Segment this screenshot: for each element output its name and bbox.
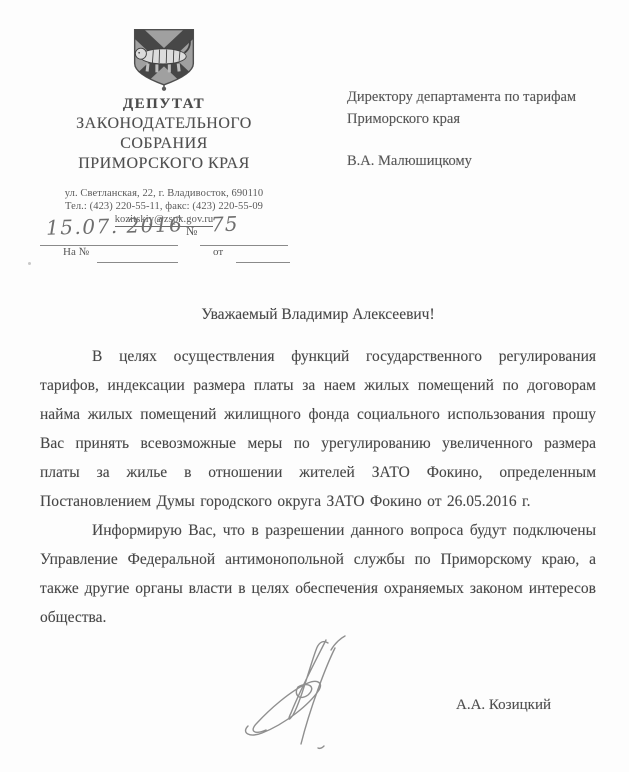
recipient-position-line1: Директору департамента по тарифам xyxy=(347,86,609,108)
salutation: Уважаемый Владимир Алексеевич! xyxy=(40,306,596,324)
letter-page: ДЕПУТАТ ЗАКОНОДАТЕЛЬНОГО СОБРАНИЯ ПРИМОР… xyxy=(0,0,629,772)
date-underline xyxy=(40,245,178,246)
recipient-position-line2: Приморского края xyxy=(347,108,609,130)
reply-number-underline xyxy=(97,262,178,263)
recipient-name: В.А. Малюшицкому xyxy=(347,150,609,172)
scan-speck xyxy=(363,583,366,586)
scan-speck xyxy=(28,262,31,265)
letter-body: Уважаемый Владимир Алексеевич! В целях о… xyxy=(40,306,596,632)
letterhead: ДЕПУТАТ ЗАКОНОДАТЕЛЬНОГО СОБРАНИЯ ПРИМОР… xyxy=(26,27,302,227)
letterhead-address: ул. Светланская, 22, г. Владивосток, 690… xyxy=(26,187,302,200)
recipient-block: Директору департамента по тарифам Примор… xyxy=(347,86,609,172)
reply-from-label: от xyxy=(213,246,223,258)
letterhead-title-deputy: ДЕПУТАТ xyxy=(26,94,302,114)
handwritten-date: 15.07. 2016 xyxy=(46,212,184,240)
body-paragraph-2: Информирую Вас, что в разрешении данного… xyxy=(40,516,596,632)
handwritten-number: 75 xyxy=(211,212,239,237)
letterhead-title-region: ПРИМОРСКОГО КРАЯ xyxy=(26,154,302,174)
reply-date-underline xyxy=(236,262,290,263)
signer-name: А.А. Козицкий xyxy=(456,697,551,714)
letterhead-title-legislative: ЗАКОНОДАТЕЛЬНОГО xyxy=(26,114,302,134)
primorsky-krai-coat-of-arms-icon xyxy=(124,27,204,91)
letterhead-title-assembly: СОБРАНИЯ xyxy=(26,134,302,154)
reply-to-label: На № xyxy=(63,246,89,258)
body-paragraph-1: В целях осуществления функций государств… xyxy=(40,342,596,516)
number-sign-label: № xyxy=(186,224,197,239)
reference-block: 15.07. 2016 № 75 На № от xyxy=(0,212,320,264)
handwritten-signature-scribble xyxy=(238,634,370,752)
